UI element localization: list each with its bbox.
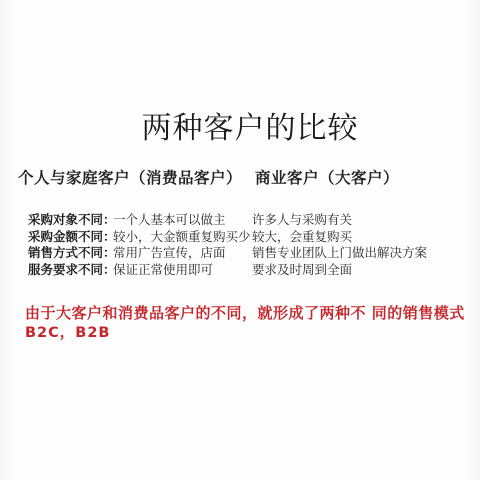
conclusion-models: B2C，B2B — [25, 324, 465, 344]
comparison-table: 采购对象不同： 一个人基本可以做主 许多人与采购有关 采购金额不同： 较小，大金… — [0, 210, 480, 276]
row-consumer-value: 较小，大金额重复购买少 — [113, 227, 251, 245]
table-row-sales-method: 销售方式不同： 常用广告宣传，店面 销售专业团队上门做出解决方案 — [0, 243, 480, 260]
column-header-business: 商业客户（大客户） — [255, 166, 399, 188]
conclusion-summary: 由于大客户和消费品客户的不同，就形成了两种不 同的销售模式 — [25, 304, 465, 324]
row-business-value: 许多人与采购有关 — [252, 210, 352, 228]
slide-title: 两种客户的比较 — [20, 103, 480, 147]
table-row-purchase-amount: 采购金额不同： 较小，大金额重复购买少 较大，会重复购买 — [0, 227, 480, 244]
row-label: 采购对象不同： — [28, 210, 116, 228]
row-label: 采购金额不同： — [28, 227, 116, 245]
row-business-value: 要求及时周到全面 — [252, 260, 352, 278]
table-row-purchase-decider: 采购对象不同： 一个人基本可以做主 许多人与采购有关 — [0, 210, 480, 227]
presentation-slide: 两种客户的比较 个人与家庭客户（消费品客户） 商业客户（大客户） 采购对象不同：… — [0, 0, 480, 480]
column-header-consumer: 个人与家庭客户（消费品客户） — [18, 166, 242, 188]
row-business-value: 销售专业团队上门做出解决方案 — [252, 243, 427, 261]
table-row-service-requirement: 服务要求不同： 保证正常使用即可 要求及时周到全面 — [0, 260, 480, 277]
row-consumer-value: 常用广告宣传，店面 — [113, 243, 226, 261]
conclusion-text: 由于大客户和消费品客户的不同，就形成了两种不 同的销售模式 B2C，B2B — [25, 304, 465, 343]
row-business-value: 较大，会重复购买 — [252, 227, 352, 245]
row-consumer-value: 一个人基本可以做主 — [113, 210, 226, 228]
row-consumer-value: 保证正常使用即可 — [113, 260, 213, 278]
row-label: 服务要求不同： — [28, 260, 116, 278]
row-label: 销售方式不同： — [28, 243, 116, 261]
